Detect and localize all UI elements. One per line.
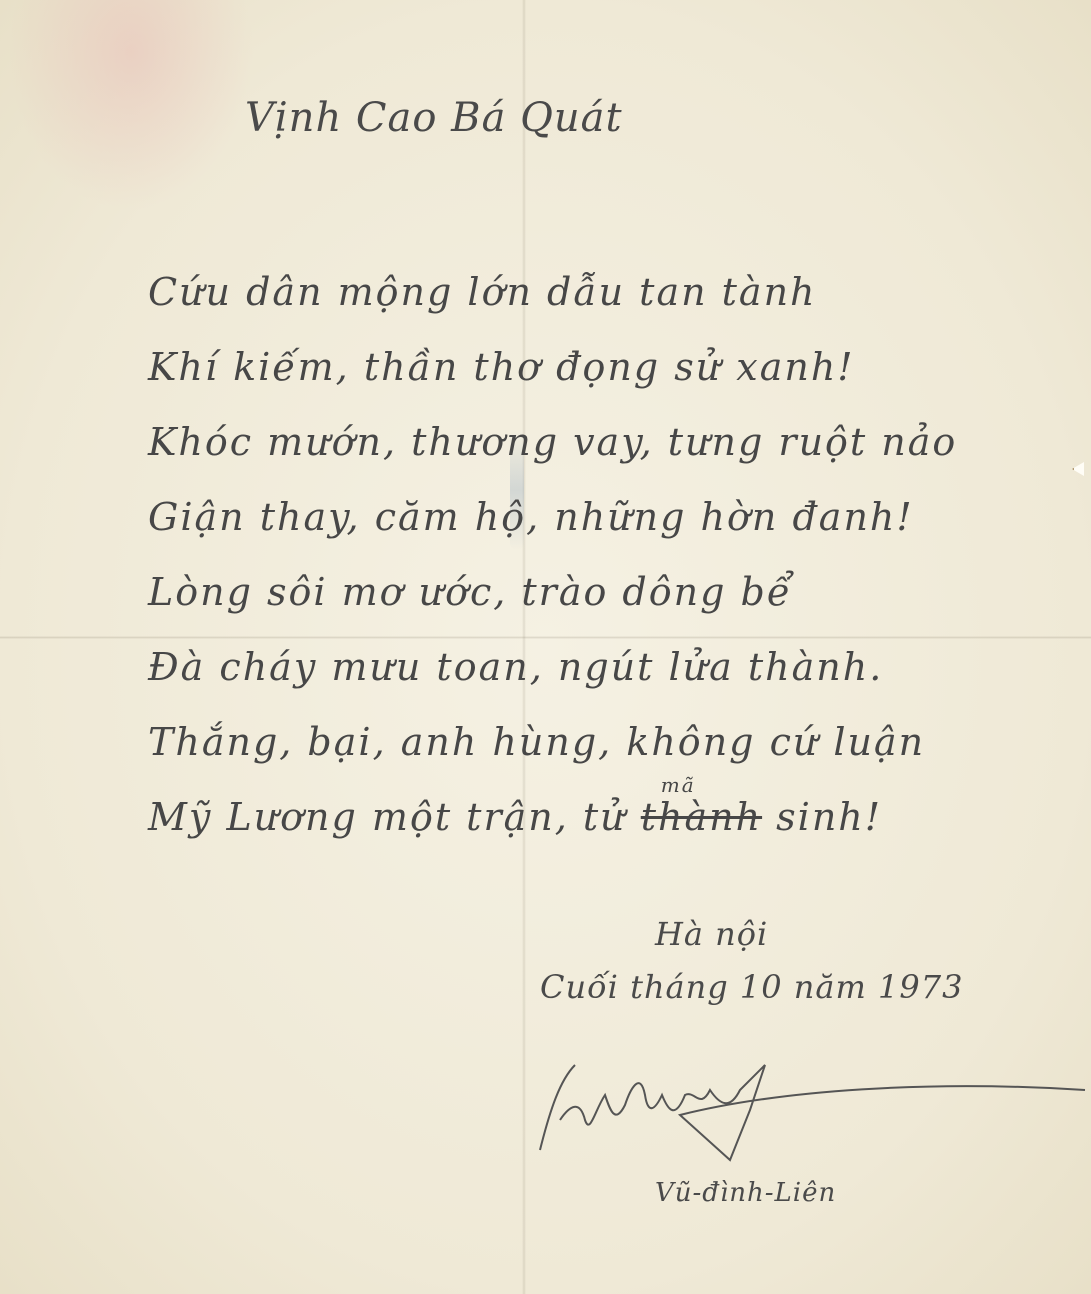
poem-line-6: Đà cháy mưu toan, ngút lửa thành. bbox=[148, 645, 957, 720]
struck-word-text: thành bbox=[641, 795, 762, 839]
poem-body: Cứu dân mộng lớn dẫu tan tành Khí kiếm, … bbox=[148, 270, 957, 870]
poem-line-8: Mỹ Lương một trận, tử thànhmã sinh! bbox=[148, 795, 957, 870]
line-8-end: sinh! bbox=[762, 795, 882, 839]
poem-line-3: Khóc mướn, thương vay, tưng ruột nảo bbox=[148, 420, 957, 495]
struck-word: thànhmã bbox=[641, 795, 762, 839]
poem-title: Vịnh Cao Bá Quát bbox=[245, 95, 623, 141]
author-name: Vũ-đình-Liên bbox=[655, 1178, 836, 1208]
line-8-start: Mỹ Lương một trận, tử bbox=[148, 795, 641, 839]
signature-scrawl bbox=[530, 1050, 1090, 1170]
poem-line-2: Khí kiếm, thần thơ đọng sử xanh! bbox=[148, 345, 957, 420]
poem-line-7: Thắng, bại, anh hùng, không cứ luận bbox=[148, 720, 957, 795]
poem-line-1: Cứu dân mộng lớn dẫu tan tành bbox=[148, 270, 957, 345]
place-text: Hà nội bbox=[655, 915, 768, 953]
date-text: Cuối tháng 10 năm 1973 bbox=[540, 968, 963, 1006]
poem-line-4: Giận thay, căm hộ, những hờn đanh! bbox=[148, 495, 957, 570]
poem-line-5: Lòng sôi mơ ước, trào dông bể bbox=[148, 570, 957, 645]
inserted-correction: mã bbox=[661, 773, 696, 797]
